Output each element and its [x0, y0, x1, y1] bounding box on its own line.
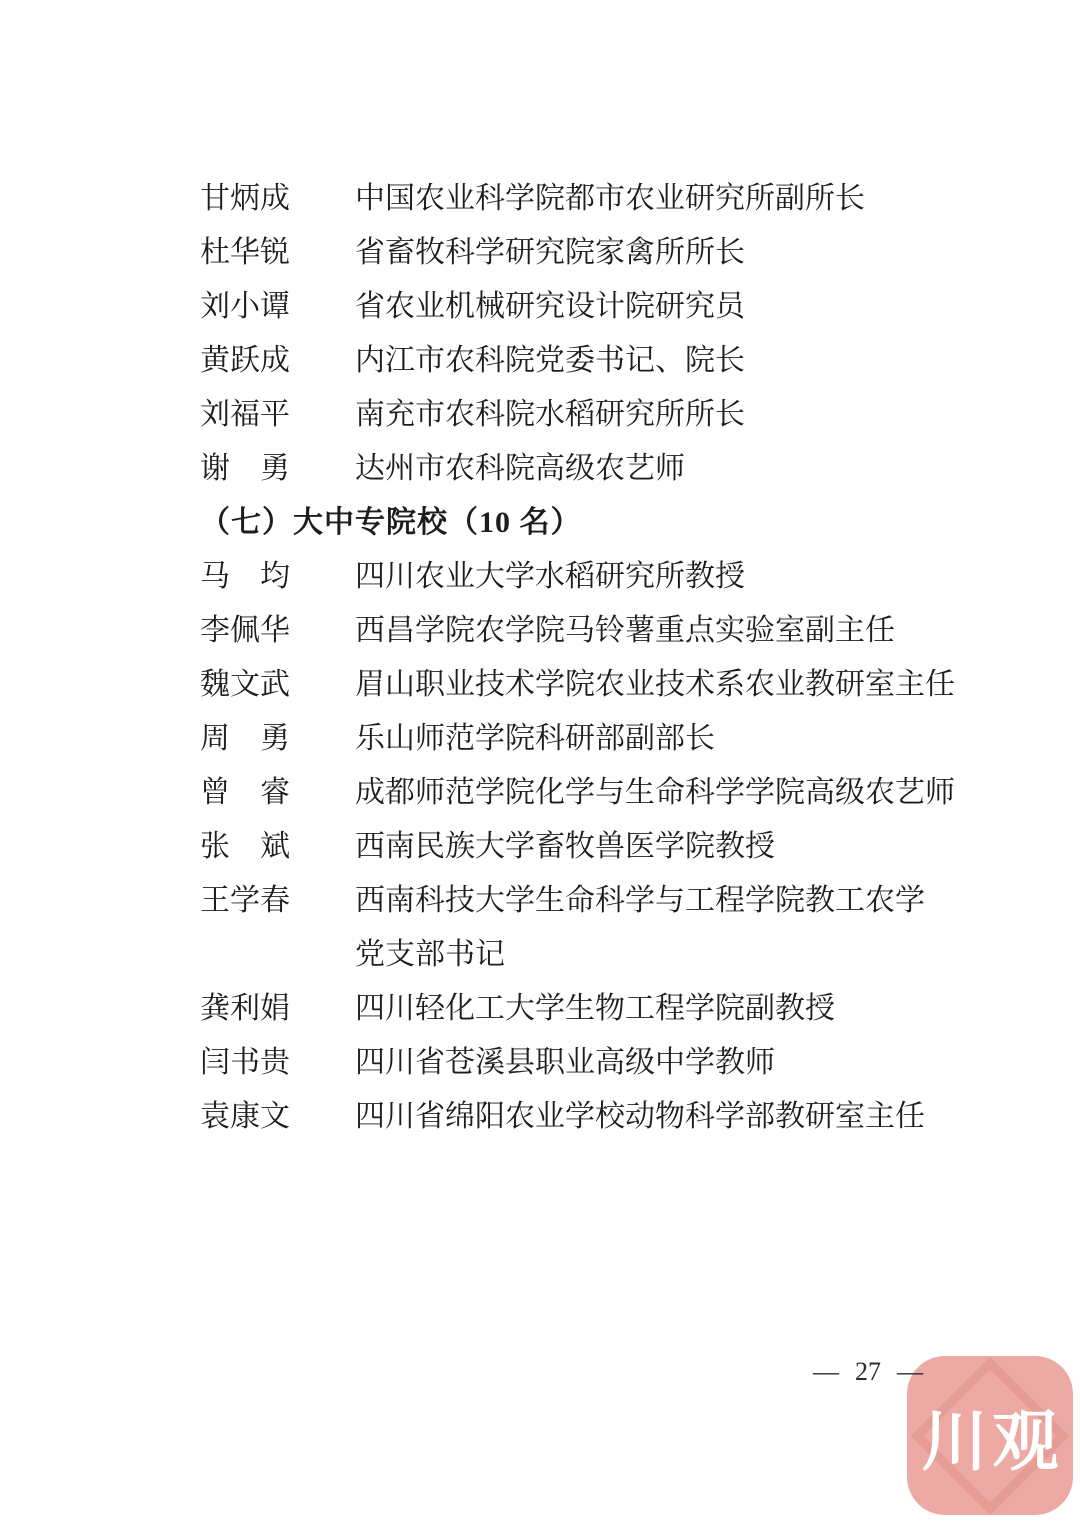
list-item: 李佩华 西昌学院农学院马铃薯重点实验室副主任 — [200, 604, 955, 658]
person-position: 中国农业科学院都市农业研究所副所长 — [355, 172, 865, 226]
list-item: 马 均 四川农业大学水稻研究所教授 — [200, 550, 955, 604]
person-position: 西昌学院农学院马铃薯重点实验室副主任 — [355, 604, 895, 658]
list-item: 刘福平 南充市农科院水稻研究所所长 — [200, 388, 955, 442]
person-name: 杜华锐 — [200, 226, 290, 280]
person-position: 南充市农科院水稻研究所所长 — [355, 388, 745, 442]
person-name: 魏文武 — [200, 658, 290, 712]
person-position: 达州市农科院高级农艺师 — [355, 442, 685, 496]
list-item: 张 斌 西南民族大学畜牧兽医学院教授 — [200, 820, 955, 874]
person-name: 龚利娟 — [200, 982, 290, 1036]
list-item: 杜华锐 省畜牧科学研究院家禽所所长 — [200, 226, 955, 280]
person-position: 内江市农科院党委书记、院长 — [355, 334, 745, 388]
person-position: 省农业机械研究设计院研究员 — [355, 280, 745, 334]
list-item: 王学春 西南科技大学生命科学与工程学院教工农学 党支部书记 — [200, 874, 955, 982]
person-position: 四川农业大学水稻研究所教授 — [355, 550, 745, 604]
person-name: 王学春 — [200, 874, 290, 928]
person-position: 眉山职业技术学院农业技术系农业教研室主任 — [355, 658, 955, 712]
person-position: 省畜牧科学研究院家禽所所长 — [355, 226, 745, 280]
person-name: 曾 睿 — [200, 766, 290, 820]
list-item: 曾 睿 成都师范学院化学与生命科学学院高级农艺师 — [200, 766, 955, 820]
person-name: 刘小谭 — [200, 280, 290, 334]
person-position: 西南民族大学畜牧兽医学院教授 — [355, 820, 775, 874]
list-item: 袁康文 四川省绵阳农业学校动物科学部教研室主任 — [200, 1090, 955, 1144]
footer-dash-right: — — [897, 1355, 923, 1389]
section-heading: （七）大中专院校（10 名） — [200, 496, 955, 550]
person-position: 四川省绵阳农业学校动物科学部教研室主任 — [355, 1090, 925, 1144]
person-name: 甘炳成 — [200, 172, 290, 226]
person-name: 李佩华 — [200, 604, 290, 658]
list-item: 刘小谭 省农业机械研究设计院研究员 — [200, 280, 955, 334]
list-item: 周 勇 乐山师范学院科研部副部长 — [200, 712, 955, 766]
position-line: 西南科技大学生命科学与工程学院教工农学 — [355, 874, 925, 928]
award-name-list: 甘炳成 中国农业科学院都市农业研究所副所长 杜华锐 省畜牧科学研究院家禽所所长 … — [200, 172, 955, 1144]
chuanguan-logo-text: 川观 — [907, 1356, 1073, 1515]
page-number: 27 — [855, 1355, 881, 1389]
list-item: 甘炳成 中国农业科学院都市农业研究所副所长 — [200, 172, 955, 226]
chuanguan-watermark-logo: 川观 — [907, 1356, 1073, 1515]
list-item: 龚利娟 四川轻化工大学生物工程学院副教授 — [200, 982, 955, 1036]
position-line: 党支部书记 — [355, 928, 925, 982]
document-page: 甘炳成 中国农业科学院都市农业研究所副所长 杜华锐 省畜牧科学研究院家禽所所长 … — [0, 0, 1080, 1527]
person-name: 袁康文 — [200, 1090, 290, 1144]
person-name: 周 勇 — [200, 712, 290, 766]
list-item: 魏文武 眉山职业技术学院农业技术系农业教研室主任 — [200, 658, 955, 712]
person-position: 四川省苍溪县职业高级中学教师 — [355, 1036, 775, 1090]
person-position: 四川轻化工大学生物工程学院副教授 — [355, 982, 835, 1036]
person-name: 刘福平 — [200, 388, 290, 442]
footer-dash-left: — — [813, 1355, 839, 1389]
person-name: 马 均 — [200, 550, 290, 604]
person-position: 乐山师范学院科研部副部长 — [355, 712, 715, 766]
person-name: 谢 勇 — [200, 442, 290, 496]
list-item: 闫书贵 四川省苍溪县职业高级中学教师 — [200, 1036, 955, 1090]
person-name: 黄跃成 — [200, 334, 290, 388]
person-position: 成都师范学院化学与生命科学学院高级农艺师 — [355, 766, 955, 820]
list-item: 谢 勇 达州市农科院高级农艺师 — [200, 442, 955, 496]
page-footer: — 27 — — [813, 1355, 923, 1389]
list-item: 黄跃成 内江市农科院党委书记、院长 — [200, 334, 955, 388]
person-name: 闫书贵 — [200, 1036, 290, 1090]
person-position: 西南科技大学生命科学与工程学院教工农学 党支部书记 — [355, 874, 925, 982]
person-name: 张 斌 — [200, 820, 290, 874]
